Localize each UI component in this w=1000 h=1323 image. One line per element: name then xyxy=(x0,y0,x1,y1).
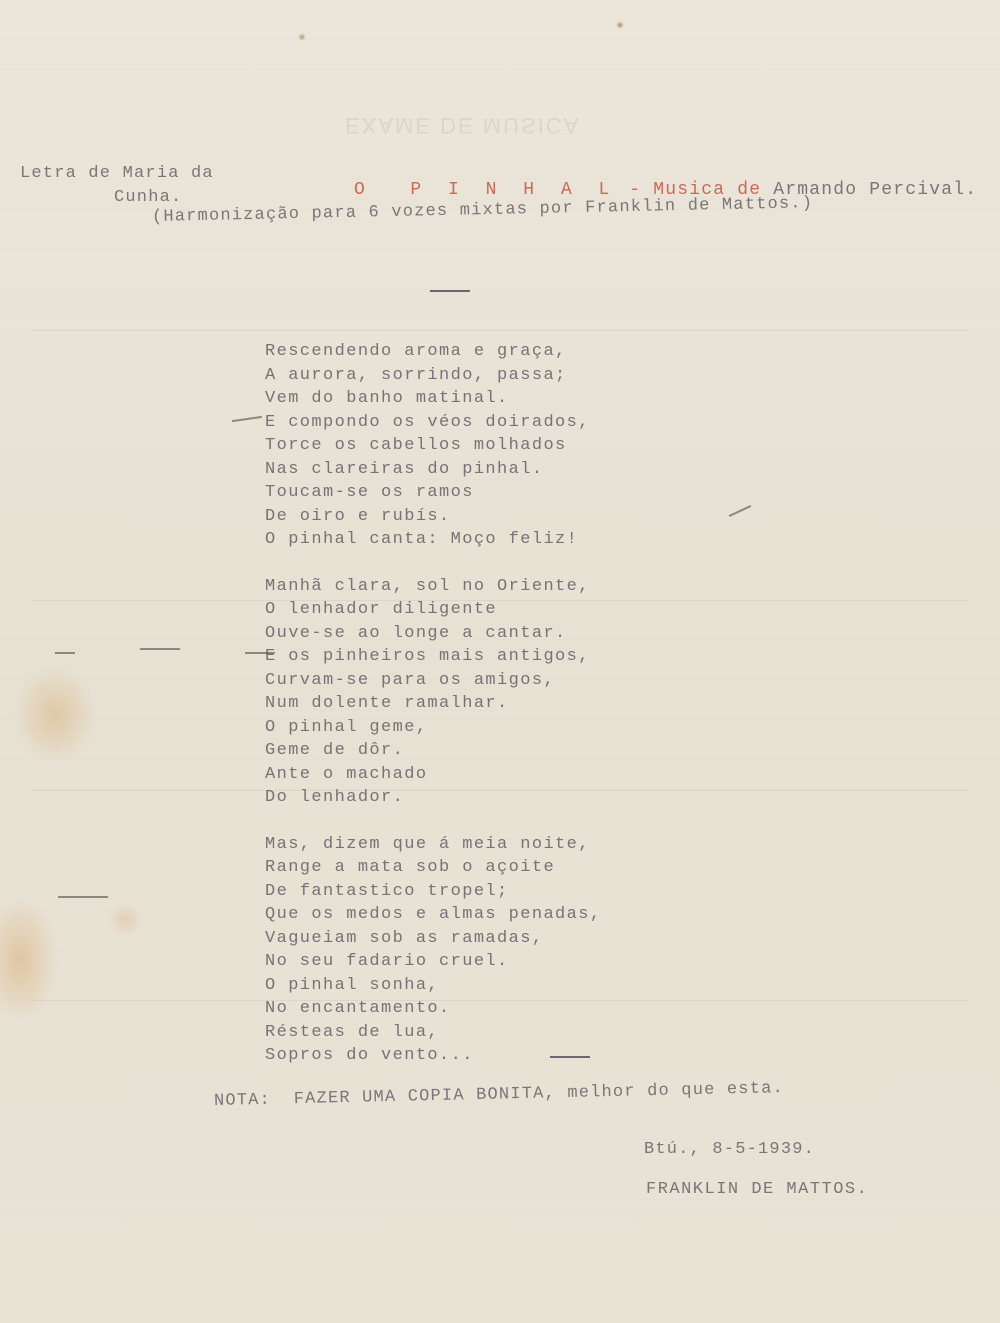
poem-line: Geme de dôr. xyxy=(265,739,601,763)
poem-line: Vagueiam sob as ramadas, xyxy=(265,927,601,951)
divider-top xyxy=(430,290,470,292)
song-title: O P I N H A L xyxy=(354,180,617,200)
poem-line: E compondo os véos doirados, xyxy=(265,411,601,435)
poem-line: De fantastico tropel; xyxy=(265,880,601,904)
stanza-1: Rescendendo aroma e graça, A aurora, sor… xyxy=(265,340,601,552)
poem-line: Mas, dizem que á meia noite, xyxy=(265,833,601,857)
poem-line: O pinhal geme, xyxy=(265,716,601,740)
poem-line: Résteas de lua, xyxy=(265,1021,601,1045)
typewritten-page: EXAME DE MUSICA Letra de Maria da Cunha.… xyxy=(0,0,1000,1323)
ink-mark xyxy=(140,648,180,650)
poem-line: Torce os cabellos molhados xyxy=(265,434,601,458)
stanza-3: Mas, dizem que á meia noite, Range a mat… xyxy=(265,833,601,1068)
poem-body: Rescendendo aroma e graça, A aurora, sor… xyxy=(265,340,601,1091)
lyrics-credit-continued: Cunha. xyxy=(114,188,182,207)
stanza-2: Manhã clara, sol no Oriente, O lenhador … xyxy=(265,575,601,810)
poem-line: E os pinheiros mais antigos, xyxy=(265,645,601,669)
poem-line: De oiro e rubís. xyxy=(265,505,601,529)
poem-line: No seu fadario cruel. xyxy=(265,950,601,974)
poem-line: O pinhal canta: Moço feliz! xyxy=(265,528,601,552)
poem-line: Num dolente ramalhar. xyxy=(265,692,601,716)
poem-line: Ouve-se ao longe a cantar. xyxy=(265,622,601,646)
show-through-staff xyxy=(30,330,970,331)
divider-bottom xyxy=(550,1056,590,1058)
poem-line: Que os medos e almas penadas, xyxy=(265,903,601,927)
ink-mark xyxy=(232,416,262,422)
ink-mark xyxy=(58,896,108,898)
poem-line: Ante o machado xyxy=(265,763,601,787)
poem-line: Do lenhador. xyxy=(265,786,601,810)
poem-line: Nas clareiras do pinhal. xyxy=(265,458,601,482)
poem-line: O lenhador diligente xyxy=(265,598,601,622)
poem-line: Rescendendo aroma e graça, xyxy=(265,340,601,364)
poem-line: No encantamento. xyxy=(265,997,601,1021)
poem-line: Range a mata sob o açoite xyxy=(265,856,601,880)
poem-line: Curvam-se para os amigos, xyxy=(265,669,601,693)
date-line: Btú., 8-5-1939. xyxy=(644,1140,815,1159)
lyrics-credit: Letra de Maria da xyxy=(20,164,214,183)
ink-mark xyxy=(729,505,752,517)
poem-line: Vem do banho matinal. xyxy=(265,387,601,411)
show-through-text: EXAME DE MUSICA xyxy=(345,112,580,138)
poem-line: Toucam-se os ramos xyxy=(265,481,601,505)
signature: FRANKLIN DE MATTOS. xyxy=(646,1180,868,1199)
poem-line: Manhã clara, sol no Oriente, xyxy=(265,575,601,599)
poem-line: A aurora, sorrindo, passa; xyxy=(265,364,601,388)
poem-line: O pinhal sonha, xyxy=(265,974,601,998)
ink-mark xyxy=(245,652,275,654)
ink-mark xyxy=(55,652,75,654)
